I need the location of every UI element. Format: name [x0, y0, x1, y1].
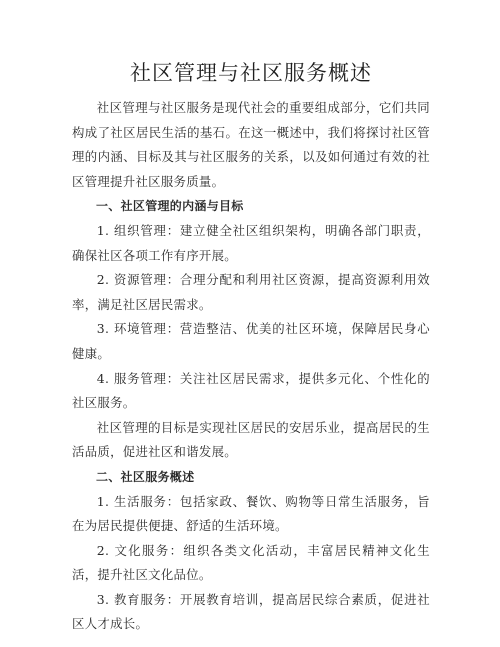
intro-paragraph: 社区管理与社区服务是现代社会的重要组成部分，它们共同构成了社区居民生活的基石。在… — [72, 96, 430, 194]
section-heading: 二、社区服务概述 — [72, 465, 430, 490]
summary-paragraph: 社区管理的目标是实现社区居民的安居乐业，提高居民的生活品质，促进社区和谐发展。 — [72, 416, 430, 465]
list-item: 2. 资源管理：合理分配和利用社区资源，提高资源利用效率，满足社区居民需求。 — [72, 268, 430, 317]
section-heading: 一、社区管理的内涵与目标 — [72, 194, 430, 219]
list-item: 4. 服务管理：关注社区居民需求，提供多元化、个性化的社区服务。 — [72, 367, 430, 416]
list-item: 1. 组织管理：建立健全社区组织架构，明确各部门职责，确保社区各项工作有序开展。 — [72, 219, 430, 268]
document-title: 社区管理与社区服务概述 — [72, 58, 430, 88]
list-item: 2. 文化服务：组织各类文化活动，丰富居民精神文化生活，提升社区文化品位。 — [72, 539, 430, 588]
list-item: 3. 教育服务：开展教育培训，提高居民综合素质，促进社区人才成长。 — [72, 588, 430, 637]
list-item: 1. 生活服务：包括家政、餐饮、购物等日常生活服务，旨在为居民提供便捷、舒适的生… — [72, 490, 430, 539]
document-page: 社区管理与社区服务概述 社区管理与社区服务是现代社会的重要组成部分，它们共同构成… — [72, 58, 430, 637]
list-item: 3. 环境管理：营造整洁、优美的社区环境，保障居民身心健康。 — [72, 317, 430, 366]
